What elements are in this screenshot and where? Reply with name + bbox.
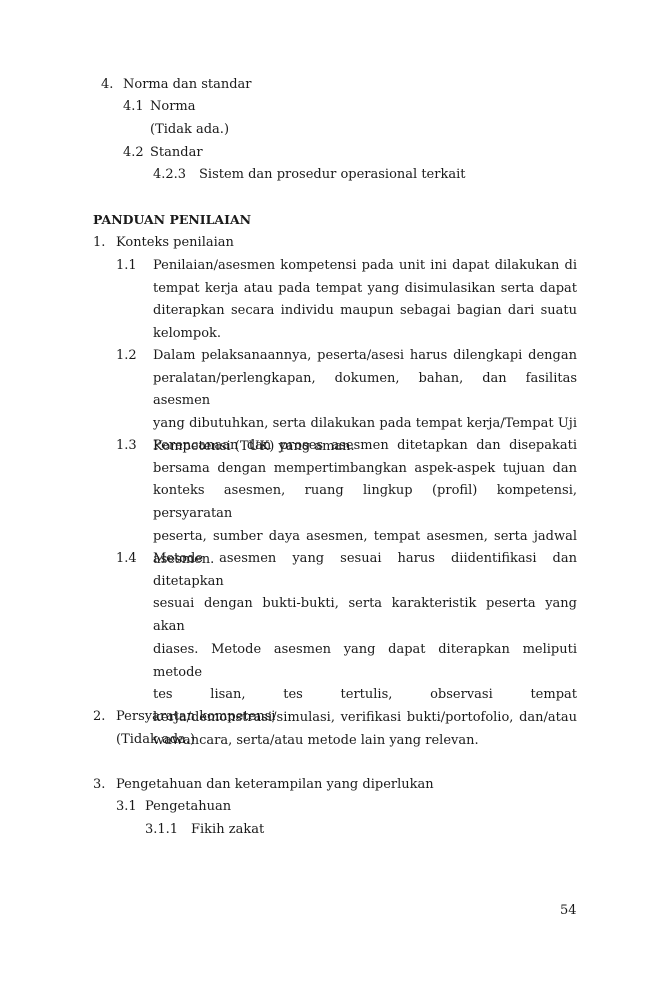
item-2-number: 2. [93,709,105,725]
text-line: Perencanaan dan proses asesmen ditetapka… [153,435,577,458]
item-1-1-text: Penilaian/asesmen kompetensi pada unit i… [153,255,577,346]
panduan-heading: PANDUAN PENILAIAN [93,212,251,228]
item-1-2-number: 1.2 [116,348,137,364]
item-3-1-title: Pengetahuan [145,799,231,815]
text-line: konteks asesmen, ruang lingkup (profil) … [153,480,577,525]
section-4-1-number: 4.1 [123,99,144,115]
item-1-1-number: 1.1 [116,258,137,274]
text-line: yang dibutuhkan, serta dilakukan pada te… [153,413,577,436]
section-4-number: 4. [101,77,113,93]
section-4-1-title: Norma [150,99,196,115]
text-line: peserta, sumber daya asesmen, tempat ase… [153,526,577,549]
text-line: Penilaian/asesmen kompetensi pada unit i… [153,255,577,278]
text-line: tes lisan, tes tertulis, observasi tempa… [153,684,577,707]
section-4-1-note: (Tidak ada.) [150,122,229,138]
text-line: Metode asesmen yang sesuai harus diident… [153,548,577,593]
text-line: kelompok. [153,323,577,346]
section-4-2-title: Standar [150,145,203,161]
text-line: bersama dengan mempertimbangkan aspek-as… [153,458,577,481]
text-line: diases. Metode asesmen yang dapat ditera… [153,639,577,684]
text-line: diterapkan secara individu maupun sebaga… [153,300,577,323]
item-3-1-number: 3.1 [116,799,137,815]
section-4-2-3-number: 4.2.3 [153,167,186,183]
text-line: peralatan/perlengkapan, dokumen, bahan, … [153,368,577,413]
item-3-1-1-number: 3.1.1 [145,822,178,838]
text-line: Dalam pelaksanaannya, peserta/asesi haru… [153,345,577,368]
item-1-title: Konteks penilaian [116,235,234,251]
text-line: tempat kerja atau pada tempat yang disim… [153,278,577,301]
page-number: 54 [560,903,577,918]
item-1-number: 1. [93,235,105,251]
text-line: wawancara, serta/atau metode lain yang r… [153,730,577,753]
item-3-title: Pengetahuan dan keterampilan yang diperl… [116,777,434,793]
item-2-title: Persyaratan kompetensi [116,709,275,725]
item-1-4-number: 1.4 [116,551,137,567]
text-line: sesuai dengan bukti-bukti, serta karakte… [153,593,577,638]
item-3-number: 3. [93,777,105,793]
item-3-1-1-title: Fikih zakat [191,822,264,838]
item-1-3-number: 1.3 [116,438,137,454]
section-4-title: Norma dan standar [123,77,252,93]
item-2-note: (Tidak ada.) [116,732,195,748]
section-4-2-3-title: Sistem dan prosedur operasional terkait [199,167,465,183]
section-4-2-number: 4.2 [123,145,144,161]
